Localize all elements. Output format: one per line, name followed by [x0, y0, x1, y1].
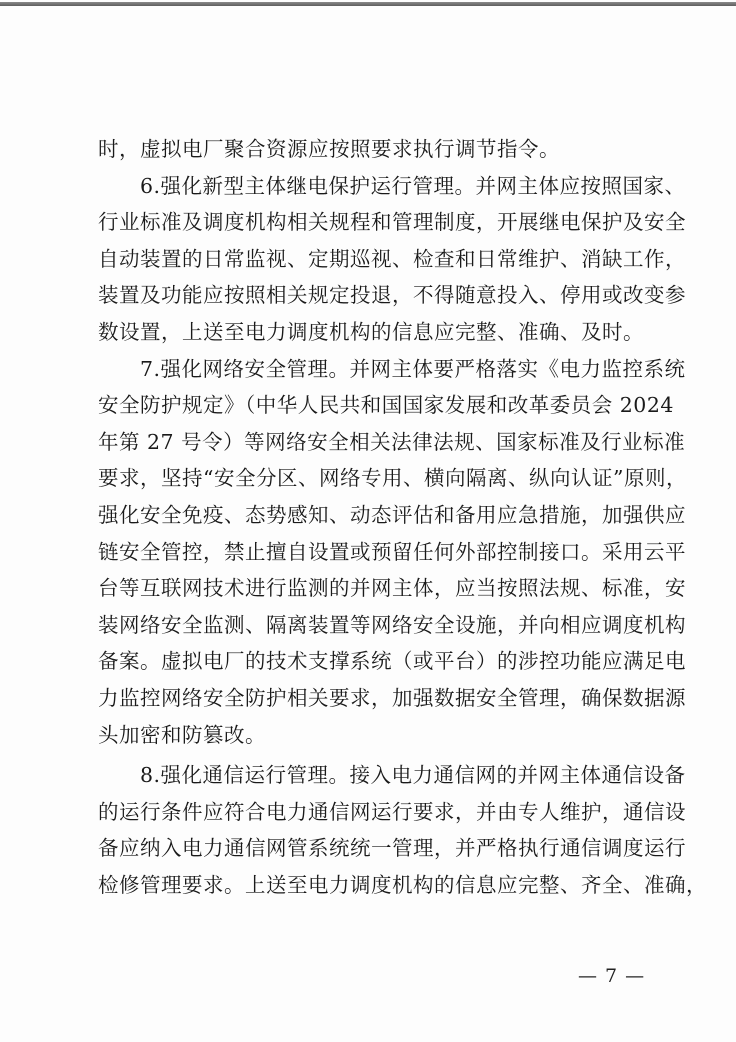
text-line-heading: 8.强化通信运行管理。接入电力通信网的并网主体通信设备	[98, 757, 646, 794]
text-line: 年第 27 号令）等网络安全相关法律法规、国家标准及行业标准	[98, 424, 646, 461]
paragraph-item-7-network-security: 7.强化网络安全管理。并网主体要严格落实《电力监控系统 安全防护规定》（中华人民…	[98, 351, 646, 754]
scan-top-edge	[0, 2, 736, 6]
paragraph-item-5-continuation: 时，虚拟电厂聚合资源应按照要求执行调节指令。	[98, 131, 646, 168]
text-line: 安全防护规定》（中华人民共和国国家发展和改革委员会 2024	[98, 387, 646, 424]
text-line: 检修管理要求。上送至电力调度机构的信息应完整、齐全、准确，	[98, 867, 646, 904]
text-line-heading: 7.强化网络安全管理。并网主体要严格落实《电力监控系统	[98, 351, 646, 388]
text-line: 行业标准及调度机构相关规程和管理制度，开展继电保护及安全	[98, 204, 646, 241]
text-line: 时，虚拟电厂聚合资源应按照要求执行调节指令。	[98, 131, 646, 168]
text-line: 备应纳入电力通信网管系统统一管理，并严格执行通信调度运行	[98, 830, 646, 867]
text-line: 头加密和防篡改。	[98, 717, 646, 754]
paragraph-item-6-relay-protection: 6.强化新型主体继电保护运行管理。并网主体应按照国家、 行业标准及调度机构相关规…	[98, 168, 646, 351]
document-body: 时，虚拟电厂聚合资源应按照要求执行调节指令。 6.强化新型主体继电保护运行管理。…	[98, 131, 646, 903]
text-line: 的运行条件应符合电力通信网运行要求，并由专人维护，通信设	[98, 794, 646, 831]
page-number: — 7 —	[578, 965, 645, 987]
text-line: 要求，坚持“安全分区、网络专用、横向隔离、纵向认证”原则，	[98, 460, 646, 497]
text-line: 台等互联网技术进行监测的并网主体，应当按照法规、标准，安	[98, 570, 646, 607]
text-line: 装网络安全监测、隔离装置等网络安全设施，并向相应调度机构	[98, 607, 646, 644]
text-line: 力监控网络安全防护相关要求，加强数据安全管理，确保数据源	[98, 680, 646, 717]
text-line: 备案。虚拟电厂的技术支撑系统（或平台）的涉控功能应满足电	[98, 643, 646, 680]
paragraph-item-8-communication: 8.强化通信运行管理。接入电力通信网的并网主体通信设备 的运行条件应符合电力通信…	[98, 757, 646, 903]
text-line: 自动装置的日常监视、定期巡视、检查和日常维护、消缺工作，	[98, 241, 646, 278]
text-line-heading: 6.强化新型主体继电保护运行管理。并网主体应按照国家、	[98, 168, 646, 205]
text-line: 装置及功能应按照相关规定投退，不得随意投入、停用或改变参	[98, 277, 646, 314]
text-line: 强化安全免疫、态势感知、动态评估和备用应急措施，加强供应	[98, 497, 646, 534]
text-line: 数设置，上送至电力调度机构的信息应完整、准确、及时。	[98, 314, 646, 351]
text-line: 链安全管控，禁止擅自设置或预留任何外部控制接口。采用云平	[98, 534, 646, 571]
